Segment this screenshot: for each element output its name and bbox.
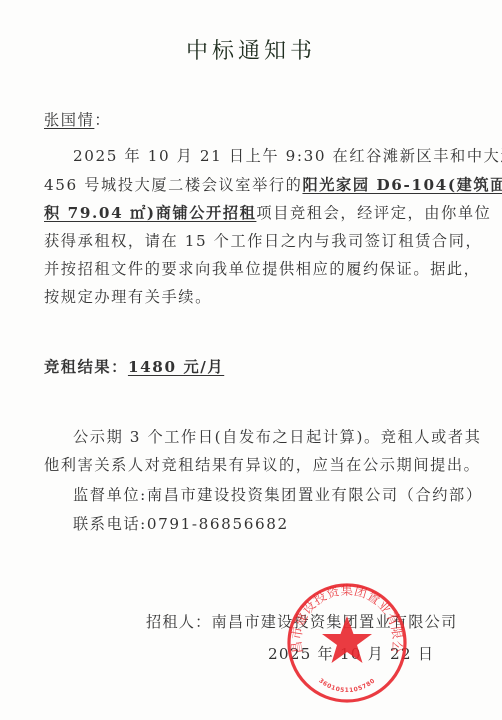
notice-line-2: 他利害关系人对竞租结果有异议的，应当在公示期间提出。: [44, 455, 480, 475]
result-value: 1480 元/月: [128, 358, 224, 376]
body-line-6: 按规定办理有关手续。: [44, 287, 212, 307]
project-name-part1: 阳光家园 D6-104(建筑面: [302, 176, 502, 194]
document-title: 中标通知书: [0, 34, 502, 65]
official-seal-icon: 南昌市建设投资集团置业有限公司 3601051105780: [282, 578, 412, 708]
body-line-2-text: 456 号城投大厦二楼会议室举行的: [44, 176, 302, 194]
body-line-3: 积 79.04 ㎡)商铺公开招租项目竞租会，经评定，由你单位: [44, 203, 491, 223]
recipient-name: 张国情: [44, 111, 94, 129]
recipient-colon: ：: [94, 111, 111, 129]
body-line-5: 并按招租文件的要求向我单位提供相应的履约保证。据此，: [44, 259, 480, 279]
recipient-line: 张国情：: [44, 110, 111, 130]
notice-page: 中标通知书 张国情： 2025 年 10 月 21 日上午 9:30 在红谷滩新…: [0, 0, 502, 720]
body-line-4: 获得承租权，请在 15 个工作日之内与我司签订租赁合同，: [44, 231, 482, 251]
body-line-1: 2025 年 10 月 21 日上午 9:30 在红谷滩新区丰和中大道: [73, 146, 502, 166]
result-line: 竞租结果：1480 元/月: [44, 357, 224, 377]
notice-line-1: 公示期 3 个工作日(自发布之日起计算)。竞租人或者其: [73, 427, 482, 447]
body-line-2: 456 号城投大厦二楼会议室举行的阳光家园 D6-104(建筑面: [44, 175, 502, 195]
body-line-3-text: 项目竞租会，经评定，由你单位: [256, 204, 491, 222]
result-label: 竞租结果：: [44, 358, 128, 376]
phone-line: 联系电话:0791-86856682: [73, 514, 289, 534]
supervisor-line: 监督单位:南昌市建设投资集团置业有限公司（合约部）: [73, 485, 483, 505]
svg-text:3601051105780: 3601051105780: [317, 677, 376, 694]
project-name-part2: 积 79.04 ㎡)商铺公开招租: [44, 204, 256, 222]
